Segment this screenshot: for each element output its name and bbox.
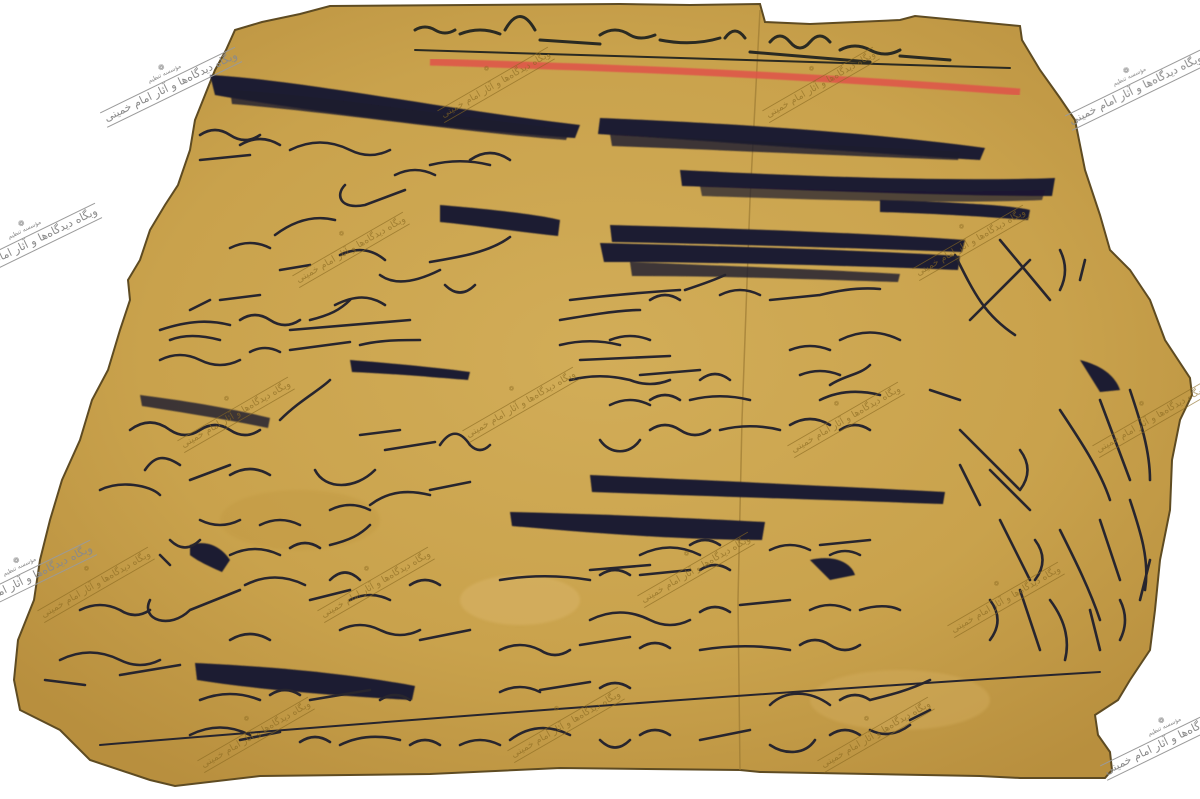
- paper-sheet: [0, 0, 1200, 799]
- manuscript-photo: ❁ مؤسسه تنظیم وبگاه دیدگاه‌ها و آثار اما…: [0, 0, 1200, 799]
